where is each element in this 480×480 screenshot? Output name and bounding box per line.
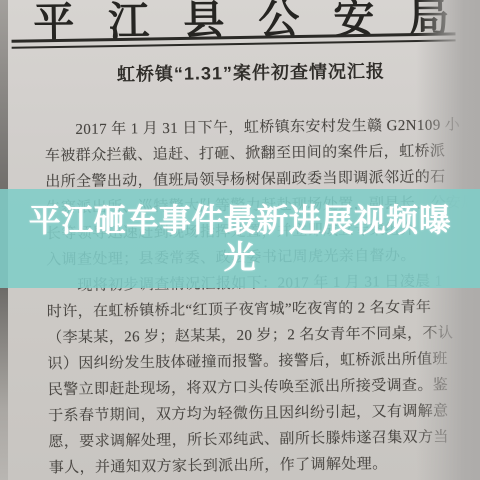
photo-frame: 平江县公安局 虹桥镇“1.31”案件初查情况汇报 2017 年 1 月 31 日… (0, 0, 480, 480)
video-caption-band: 平江砸车事件最新进展视频曝 光 (0, 189, 480, 288)
video-caption-text-line: 光 (224, 239, 257, 276)
document-report-title: 虹桥镇“1.31”案件初查情况汇报 (0, 56, 478, 88)
document-text-line: 事人，并通知双方家长到派出所，作了调解处理。 (49, 451, 437, 480)
video-caption-text-line: 平江砸车事件最新进展视频曝 (29, 202, 452, 239)
document-body: 2017 年 1 月 31 日下午，虹桥镇东安村发生赣 G2N109 小车被群众… (44, 113, 436, 480)
